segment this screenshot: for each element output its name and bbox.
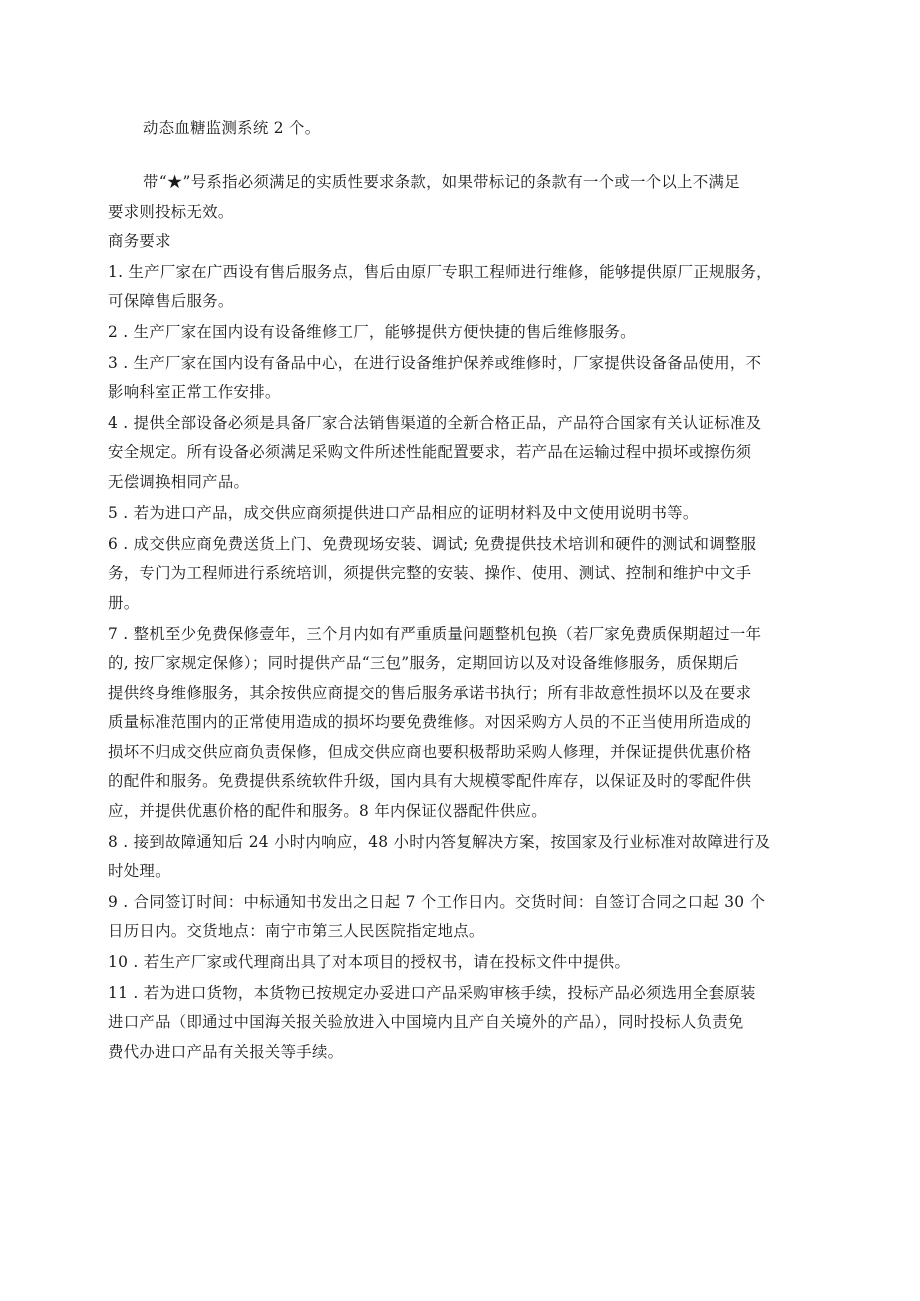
requirement-item-11-line: 进口产品（即通过中国海关报关验放进入中国境内且产自关境外的产品），同时投标人负责…	[108, 1012, 744, 1032]
requirement-item-10-line: 10 . 若生产厂家或代理商出具了对本项目的授权书，请在投标文件中提供。	[108, 952, 630, 972]
requirement-item-9-line: 9 . 合同签订时间：中标通知书发出之日起 7 个工作日内。交货时间：自签订合同…	[108, 892, 765, 912]
requirement-item-5-line: 5 . 若为进口产品，成交供应商须提供进口产品相应的证明材料及中文使用说明书等。	[108, 503, 699, 523]
requirement-item-11-line: 费代办进口产品有关报关等手续。	[108, 1042, 343, 1062]
requirement-item-7-line: 应，并提供优惠价格的配件和服务。8 年内保证仪器配件供应。	[108, 801, 547, 821]
requirement-item-1-line: 可保障售后服务。	[108, 291, 234, 311]
requirement-item-6-line: 册。	[108, 593, 139, 613]
requirement-item-7-line: 质量标准范围内的正常使用造成的损坏均要免费维修。对因采购方人员的不正当使用所造成…	[108, 712, 751, 732]
requirement-item-7-line: 损坏不归成交供应商负责保修，但成交供应商也要积极帮助采购人修理，并保证提供优惠价…	[108, 742, 751, 762]
requirement-item-9-line: 日历日内。交货地点：南宁市第三人民医院指定地点。	[108, 921, 485, 941]
star-note-line: 带“★”号系指必须满足的实质性要求条款，如果带标记的条款有一个或一个以上不满足	[143, 172, 740, 192]
star-note-line: 要求则投标无效。	[108, 202, 234, 222]
requirement-item-4-line: 4 . 提供全部设备必须是具备厂家合法销售渠道的全新合格正品，产品符合国家有关认…	[108, 413, 761, 433]
requirement-item-2-line: 2 . 生产厂家在国内设有设备维修工厂，能够提供方便快捷的售后维修服务。	[108, 322, 636, 342]
section-title: 商务要求	[108, 231, 171, 251]
requirement-item-4-line: 无偿调换相同产品。	[108, 472, 249, 492]
requirement-item-8-line: 8 . 接到故障通知后 24 小时内响应，48 小时内答复解决方案，按国家及行业…	[108, 832, 770, 852]
requirement-item-3-line: 3 . 生产厂家在国内设有备品中心，在进行设备维护保养或维修时，厂家提供设备备品…	[108, 353, 761, 373]
requirement-item-4-line: 安全规定。所有设备必须满足采购文件所述性能配置要求，若产品在运输过程中损坏或擦伤…	[108, 442, 751, 462]
requirement-item-7-line: 的, 按厂家规定保修）；同时提供产品“三包”服务，定期回访以及对设备维修服务，质…	[108, 653, 739, 673]
requirement-item-6-line: 6 . 成交供应商免费送货上门、免费现场安装、调试; 免费提供技术培训和硬件的测…	[108, 534, 756, 554]
requirement-item-3-line: 影响科室正常工作安排。	[108, 382, 281, 402]
requirement-item-8-line: 时处理。	[108, 861, 171, 881]
requirement-item-7-line: 7 . 整机至少免费保修壹年，三个月内如有严重质量问题整机包换（若厂家免费质保期…	[108, 624, 761, 644]
requirement-item-11-line: 11 . 若为进口货物，本货物已按规定办妥进口产品采购审核手续，投标产品必须选用…	[108, 983, 756, 1003]
requirement-item-7-line: 提供终身维修服务，其余按供应商提交的售后服务承诺书执行；所有非故意性损坏以及在要…	[108, 683, 751, 703]
requirement-item-1-line: 1. 生产厂家在广西设有售后服务点，售后由原厂专职工程师进行维修，能够提供原厂正…	[108, 262, 772, 282]
requirement-item-7-line: 的配件和服务。免费提供系统软件升级，国内具有大规模零配件库存，以保证及时的零配件…	[108, 771, 751, 791]
quantity-line: 动态血糖监测系统 2 个。	[143, 118, 320, 138]
requirement-item-6-line: 务，专门为工程师进行系统培训，须提供完整的安装、操作、使用、测试、控制和维护中文…	[108, 563, 751, 583]
